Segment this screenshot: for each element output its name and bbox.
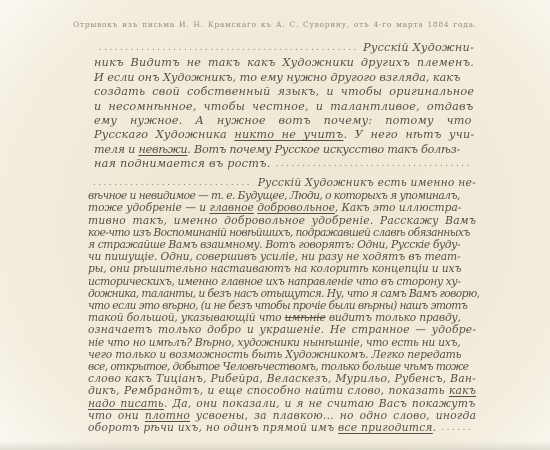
- dotted-leader: ........................................…: [99, 41, 358, 55]
- handwritten-text: оборотъ рѣчи ихъ, но одинъ прямой имъ: [88, 422, 338, 434]
- handwritten-text: такой большой, указывающій что: [88, 311, 285, 324]
- handwritten-text: надо писать: [88, 397, 164, 410]
- handwritten-text: я стражайше Вамъ взаимному. Вотъ говорят…: [88, 238, 460, 251]
- handwritten-text: вѣчное и невидимое — т. е. Будущее, Люди…: [88, 189, 460, 202]
- handwritten-text: ры, они рѣшительно настаиваютъ на колори…: [88, 262, 461, 275]
- printed-caption: Отрывокъ изъ письма И. Н. Крамскаго къ А…: [40, 20, 510, 29]
- handwritten-text: . Да, они показали, и я не считаю Васъ п…: [164, 397, 476, 410]
- handwritten-text: что они: [88, 409, 145, 422]
- handwritten-text: имѣніе: [285, 311, 326, 324]
- handwritten-text: чи пишущіе. Одни, совершивъ усиліе, ни р…: [88, 250, 460, 263]
- handwritten-text: кое-что изъ Воспоминаній новѣйшихъ, подр…: [88, 226, 470, 239]
- handwritten-text: теля и: [94, 143, 138, 156]
- handwritten-text: какъ: [449, 384, 476, 397]
- letter-paragraph-1: ........................................…: [94, 41, 474, 173]
- handwritten-text: слово какъ Тиціанъ, Рибейра, Веласкезъ, …: [88, 372, 476, 385]
- handwritten-text: главное: [209, 201, 253, 214]
- dotted-leader: ........................................…: [93, 177, 253, 189]
- handwritten-text: никто не учитъ: [234, 128, 343, 141]
- scanned-letter-page: Отрывокъ изъ письма И. Н. Крамскаго къ А…: [0, 0, 550, 450]
- handwritten-text: , Какъ это иллюстра-: [335, 201, 461, 214]
- handwritten-text: чего только и возможность быть Художнико…: [88, 348, 461, 361]
- handwritten-line: и несомнѣнное, чтобы честное, и талантли…: [94, 100, 474, 114]
- handwritten-line: ная поднимается въ ростъ................…: [94, 157, 474, 172]
- handwritten-text: что если это вѣрно, (и не безъ чтобы про…: [88, 299, 467, 312]
- handwritten-text: плотно: [145, 409, 190, 422]
- handwritten-line: создать свой собственный языкъ, и чтобы …: [94, 85, 474, 99]
- handwritten-line: И если онъ Художникъ, то ему нужно друго…: [94, 71, 474, 85]
- handwritten-text: создать свой собственный языкъ, и чтобы …: [94, 85, 474, 98]
- page-bottom-shadow: [0, 441, 550, 450]
- handwritten-text: и несомнѣнное, чтобы честное, и талантли…: [94, 100, 474, 113]
- handwritten-text: дикъ, Рембрандтъ, и еще способно найти с…: [88, 384, 449, 397]
- handwritten-text: И если онъ Художникъ, то ему нужно друго…: [94, 71, 460, 84]
- handwritten-text: видитъ только правду,: [326, 311, 461, 324]
- handwritten-text: Русскій Художникъ есть именно не-: [258, 177, 476, 189]
- handwritten-line: ему нужное. А нужное вотъ почему: потому…: [94, 114, 474, 128]
- handwritten-text: все, открытое, добытое Человѣчествомъ, т…: [88, 360, 468, 373]
- dotted-leader: ........................................…: [441, 422, 471, 434]
- letter-paragraph-2: ........................................…: [88, 177, 476, 435]
- handwritten-text: усвоены, за плавкою... но одно слово, ин…: [190, 409, 476, 422]
- handwritten-text: дожника, таланты, и безъ насъ отыщутся. …: [88, 287, 479, 300]
- handwritten-text: ная поднимается въ ростъ.: [94, 157, 271, 171]
- handwritten-text: все пригодится: [338, 422, 433, 434]
- handwritten-text: невѣжи: [138, 143, 187, 156]
- handwritten-line: Русскаго Художника никто не учитъ. У нег…: [94, 128, 474, 142]
- handwritten-text: добровольное: [257, 201, 335, 214]
- handwritten-text: .: [433, 422, 437, 434]
- handwritten-text: историческихъ, именно главное ихъ направ…: [88, 275, 460, 288]
- handwritten-text: означаетъ только добро и украшеніе. Не с…: [88, 323, 476, 336]
- handwritten-text: никъ Видитъ не такъ какъ Художники други…: [94, 56, 474, 69]
- handwritten-text: ему нужное. А нужное вотъ почему: потому…: [94, 114, 472, 127]
- handwritten-line: теля и невѣжи. Вотъ почему Русское искус…: [94, 143, 474, 157]
- handwritten-text: Русскій Художни-: [363, 41, 474, 55]
- dotted-leader: ........................................…: [276, 157, 469, 171]
- handwritten-line: ........................................…: [94, 41, 474, 56]
- handwritten-line: никъ Видитъ не такъ какъ Художники други…: [94, 56, 474, 70]
- handwritten-line: оборотъ рѣчи ихъ, но одинъ прямой имъ вс…: [88, 422, 476, 435]
- handwritten-text: тивно такъ, именно добровольное удобрені…: [88, 214, 476, 227]
- handwritten-text: . Вотъ почему Русское искусство такъ бол…: [187, 143, 460, 156]
- handwritten-text: . У него нѣтъ учи-: [344, 128, 475, 141]
- handwritten-text: Русскаго Художника: [94, 128, 234, 141]
- handwritten-text: тоже удобреніе — и: [88, 201, 209, 214]
- handwritten-text: ніе что но имѣлъ? Вѣрно, художники нынѣш…: [88, 336, 460, 349]
